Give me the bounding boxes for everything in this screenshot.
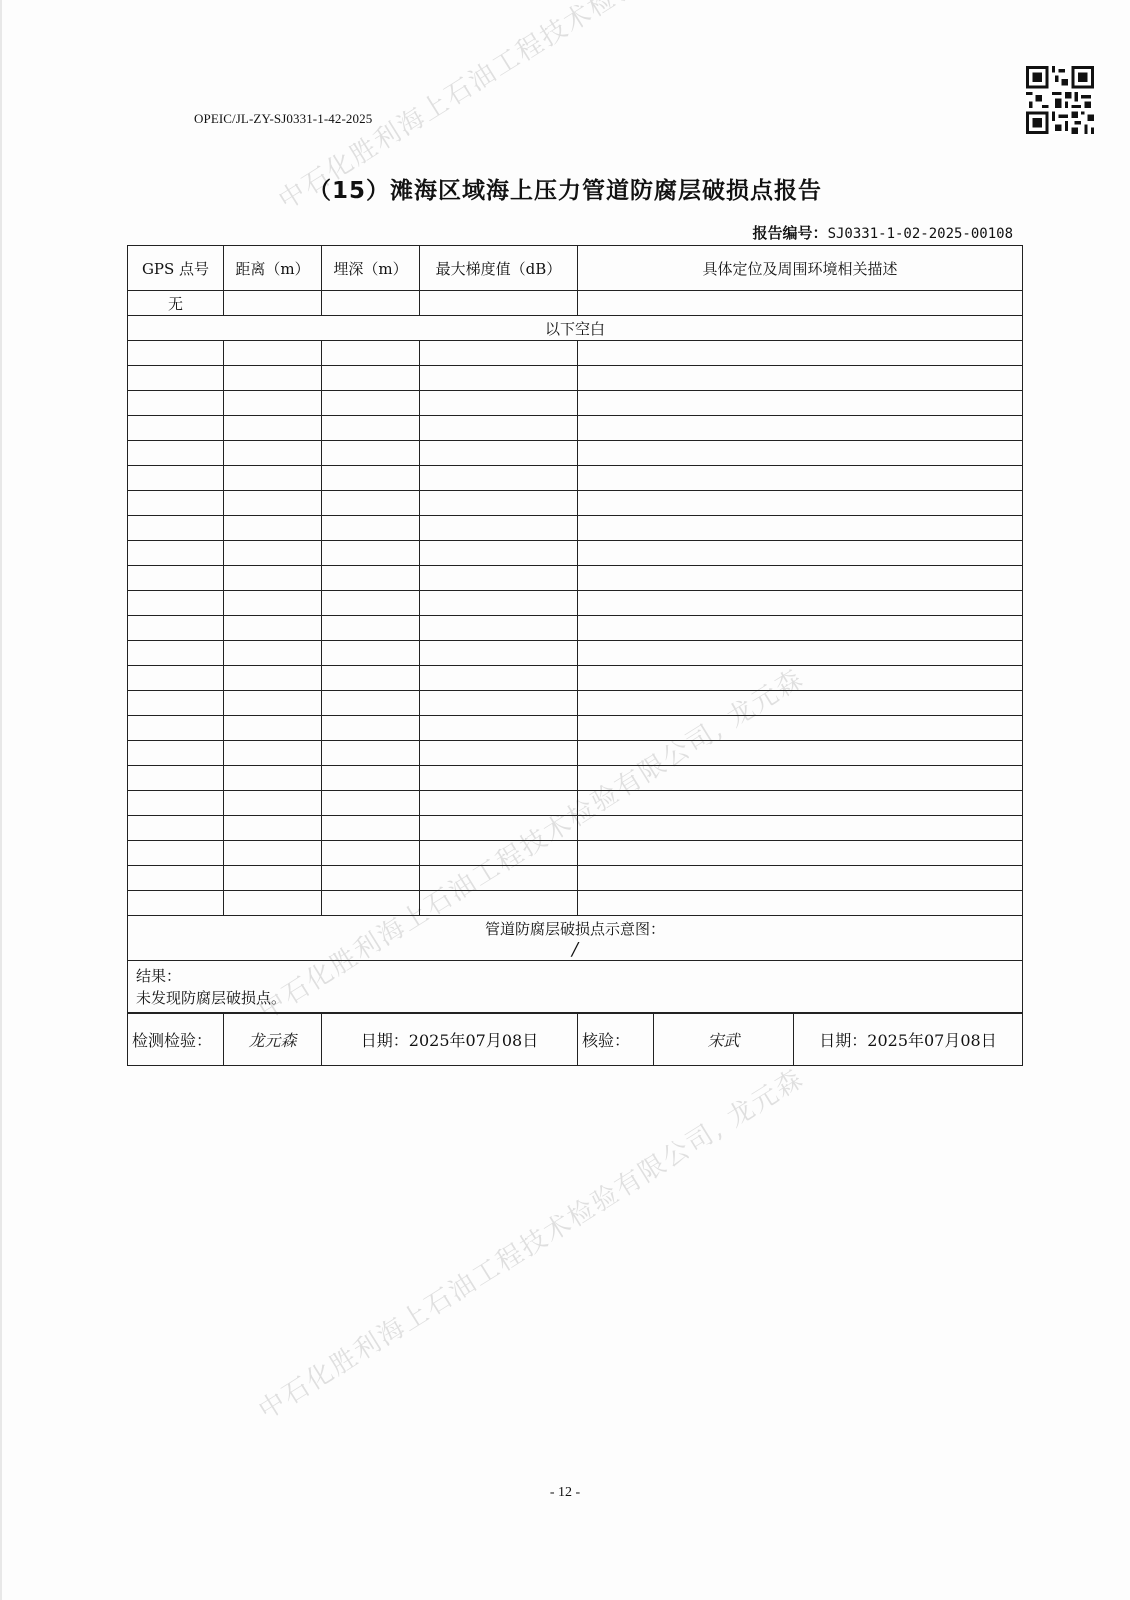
document-code: OPEIC/JL-ZY-SJ0331-1-42-2025 <box>194 111 372 127</box>
blank-table-row <box>128 566 1023 591</box>
blank-cell <box>322 666 420 691</box>
report-title: （15）滩海区域海上压力管道防腐层破损点报告 <box>0 172 1130 205</box>
blank-cell <box>420 766 578 791</box>
blank-table-row <box>128 341 1023 366</box>
blank-cell <box>420 791 578 816</box>
blank-cell <box>578 341 1023 366</box>
blank-cell <box>322 516 420 541</box>
blank-table-row <box>128 791 1023 816</box>
blank-cell <box>578 366 1023 391</box>
inspector-signature: 龙元森 <box>224 1013 322 1066</box>
watermark: 中石化胜利海上石油工程技术检验有限公司, 龙元森 <box>250 1058 809 1427</box>
blank-cell <box>578 766 1023 791</box>
blank-cell <box>128 591 224 616</box>
blank-cell <box>322 841 420 866</box>
blank-table-row <box>128 491 1023 516</box>
cell-gps-point: 无 <box>128 291 224 316</box>
blank-cell <box>322 341 420 366</box>
cell-max-gradient <box>420 291 578 316</box>
blank-cell <box>224 741 322 766</box>
blank-cell <box>224 691 322 716</box>
blank-cell <box>128 741 224 766</box>
blank-table-row <box>128 766 1023 791</box>
blank-table-row <box>128 841 1023 866</box>
blank-cell <box>578 666 1023 691</box>
blank-cell <box>128 841 224 866</box>
blank-table-row <box>128 441 1023 466</box>
blank-cell <box>322 391 420 416</box>
blank-table-row <box>128 866 1023 891</box>
blank-cell <box>578 691 1023 716</box>
blank-cell <box>322 741 420 766</box>
blank-cell <box>224 666 322 691</box>
blank-cell <box>224 891 322 916</box>
blank-cell <box>128 641 224 666</box>
blank-cell <box>128 566 224 591</box>
header-gps-point: GPS 点号 <box>128 246 224 291</box>
blank-table-row <box>128 541 1023 566</box>
blank-cell <box>420 566 578 591</box>
blank-cell <box>128 791 224 816</box>
blank-table-row <box>128 416 1023 441</box>
blank-cell <box>128 466 224 491</box>
blank-cell <box>322 866 420 891</box>
blank-cell <box>224 366 322 391</box>
blank-cell <box>128 866 224 891</box>
reviewer-signature: 宋武 <box>654 1013 794 1066</box>
results-label: 结果： <box>136 965 1014 987</box>
blank-cell <box>128 816 224 841</box>
results-text: 未发现防腐层破损点。 <box>136 987 1014 1009</box>
blank-cell <box>420 416 578 441</box>
blank-table-row <box>128 716 1023 741</box>
blank-cell <box>578 541 1023 566</box>
blank-cell <box>224 816 322 841</box>
blank-cell <box>578 591 1023 616</box>
blank-table-row <box>128 691 1023 716</box>
blank-cell <box>128 766 224 791</box>
results-row: 结果： 未发现防腐层破损点。 <box>128 961 1023 1014</box>
inspector-date: 日期：2025年07月08日 <box>322 1013 578 1066</box>
blank-cell <box>578 716 1023 741</box>
blank-cell <box>322 766 420 791</box>
blank-cell <box>322 441 420 466</box>
end-marker-row: 以下空白 <box>128 316 1023 341</box>
blank-cell <box>420 666 578 691</box>
results-cell: 结果： 未发现防腐层破损点。 <box>128 961 1023 1014</box>
schematic-label: 管道防腐层破损点示意图： <box>128 918 1022 939</box>
header-distance: 距离（m） <box>224 246 322 291</box>
table-header-row: GPS 点号 距离（m） 埋深（m） 最大梯度值（dB） 具体定位及周围环境相关… <box>128 246 1023 291</box>
blank-table-row <box>128 591 1023 616</box>
blank-table-row <box>128 816 1023 841</box>
end-marker: 以下空白 <box>128 316 1023 341</box>
blank-cell <box>420 341 578 366</box>
blank-cell <box>224 541 322 566</box>
blank-cell <box>322 616 420 641</box>
blank-cell <box>322 641 420 666</box>
blank-cell <box>224 591 322 616</box>
blank-cell <box>224 791 322 816</box>
blank-cell <box>578 841 1023 866</box>
blank-cell <box>420 466 578 491</box>
blank-table-row <box>128 666 1023 691</box>
blank-cell <box>322 491 420 516</box>
blank-cell <box>578 391 1023 416</box>
blank-cell <box>224 441 322 466</box>
blank-cell <box>322 541 420 566</box>
blank-cell <box>322 691 420 716</box>
report-number-value: SJ0331-1-02-2025-00108 <box>828 226 1013 242</box>
blank-cell <box>224 341 322 366</box>
defect-table: GPS 点号 距离（m） 埋深（m） 最大梯度值（dB） 具体定位及周围环境相关… <box>127 245 1023 1014</box>
signoff-row: 检测检验： 龙元森 日期：2025年07月08日 核验： 宋武 日期：2025年… <box>128 1013 1023 1066</box>
blank-cell <box>224 566 322 591</box>
blank-table-row <box>128 466 1023 491</box>
cell-distance <box>224 291 322 316</box>
blank-cell <box>578 466 1023 491</box>
schematic-row: 管道防腐层破损点示意图： / <box>128 916 1023 961</box>
blank-cell <box>578 741 1023 766</box>
blank-cell <box>322 791 420 816</box>
schematic-content: / <box>128 939 1022 960</box>
reviewer-date-label: 日期： <box>819 1031 867 1050</box>
blank-cell <box>128 691 224 716</box>
blank-cell <box>128 666 224 691</box>
blank-cell <box>420 866 578 891</box>
blank-cell <box>128 441 224 466</box>
blank-cell <box>578 616 1023 641</box>
blank-cell <box>420 741 578 766</box>
schematic-cell: 管道防腐层破损点示意图： / <box>128 916 1023 961</box>
inspector-date-value: 2025年07月08日 <box>409 1031 538 1050</box>
blank-cell <box>578 816 1023 841</box>
blank-table-row <box>128 891 1023 916</box>
blank-cell <box>224 466 322 491</box>
blank-cell <box>128 516 224 541</box>
blank-cell <box>578 416 1023 441</box>
blank-cell <box>224 641 322 666</box>
inspector-label: 检测检验： <box>128 1013 224 1066</box>
blank-cell <box>420 516 578 541</box>
blank-cell <box>224 766 322 791</box>
blank-cell <box>420 366 578 391</box>
blank-cell <box>578 891 1023 916</box>
blank-cell <box>578 641 1023 666</box>
blank-cell <box>224 516 322 541</box>
blank-cell <box>128 391 224 416</box>
blank-cell <box>420 391 578 416</box>
reviewer-label: 核验： <box>578 1013 654 1066</box>
cell-description <box>578 291 1023 316</box>
blank-table-row <box>128 391 1023 416</box>
blank-cell <box>128 341 224 366</box>
blank-cell <box>420 891 578 916</box>
page-number: - 12 - <box>0 1485 1130 1501</box>
blank-cell <box>322 366 420 391</box>
blank-cell <box>128 416 224 441</box>
blank-cell <box>420 691 578 716</box>
blank-cell <box>578 791 1023 816</box>
blank-cell <box>578 866 1023 891</box>
blank-cell <box>420 716 578 741</box>
blank-cell <box>322 591 420 616</box>
blank-cell <box>224 841 322 866</box>
inspector-date-label: 日期： <box>361 1031 409 1050</box>
qr-code-icon <box>1026 66 1094 134</box>
blank-cell <box>224 416 322 441</box>
blank-cell <box>420 616 578 641</box>
blank-cell <box>128 366 224 391</box>
blank-cell <box>224 616 322 641</box>
blank-table-row <box>128 641 1023 666</box>
blank-cell <box>128 491 224 516</box>
blank-cell <box>578 491 1023 516</box>
blank-table-row <box>128 741 1023 766</box>
reviewer-date: 日期：2025年07月08日 <box>794 1013 1023 1066</box>
header-description: 具体定位及周围环境相关描述 <box>578 246 1023 291</box>
blank-table-row <box>128 616 1023 641</box>
blank-cell <box>420 541 578 566</box>
signoff-table: 检测检验： 龙元森 日期：2025年07月08日 核验： 宋武 日期：2025年… <box>127 1012 1023 1066</box>
blank-cell <box>420 491 578 516</box>
blank-cell <box>420 641 578 666</box>
blank-table-row <box>128 516 1023 541</box>
blank-cell <box>578 441 1023 466</box>
blank-cell <box>224 391 322 416</box>
blank-cell <box>128 616 224 641</box>
blank-cell <box>128 891 224 916</box>
table-row: 无 <box>128 291 1023 316</box>
report-number-label: 报告编号： <box>753 224 828 242</box>
blank-cell <box>578 516 1023 541</box>
header-max-gradient: 最大梯度值（dB） <box>420 246 578 291</box>
header-depth: 埋深（m） <box>322 246 420 291</box>
blank-cell <box>322 716 420 741</box>
blank-cell <box>420 441 578 466</box>
blank-cell <box>322 466 420 491</box>
blank-cell <box>420 816 578 841</box>
blank-cell <box>224 491 322 516</box>
blank-cell <box>322 416 420 441</box>
blank-cell <box>224 866 322 891</box>
blank-cell <box>322 816 420 841</box>
blank-cell <box>322 891 420 916</box>
blank-cell <box>224 716 322 741</box>
blank-cell <box>128 541 224 566</box>
report-number: 报告编号：SJ0331-1-02-2025-00108 <box>753 222 1013 243</box>
blank-cell <box>420 591 578 616</box>
blank-cell <box>578 566 1023 591</box>
page-edge <box>0 0 2 1600</box>
cell-depth <box>322 291 420 316</box>
blank-table-row <box>128 366 1023 391</box>
blank-cell <box>128 716 224 741</box>
blank-cell <box>322 566 420 591</box>
blank-cell <box>420 841 578 866</box>
reviewer-date-value: 2025年07月08日 <box>867 1031 996 1050</box>
